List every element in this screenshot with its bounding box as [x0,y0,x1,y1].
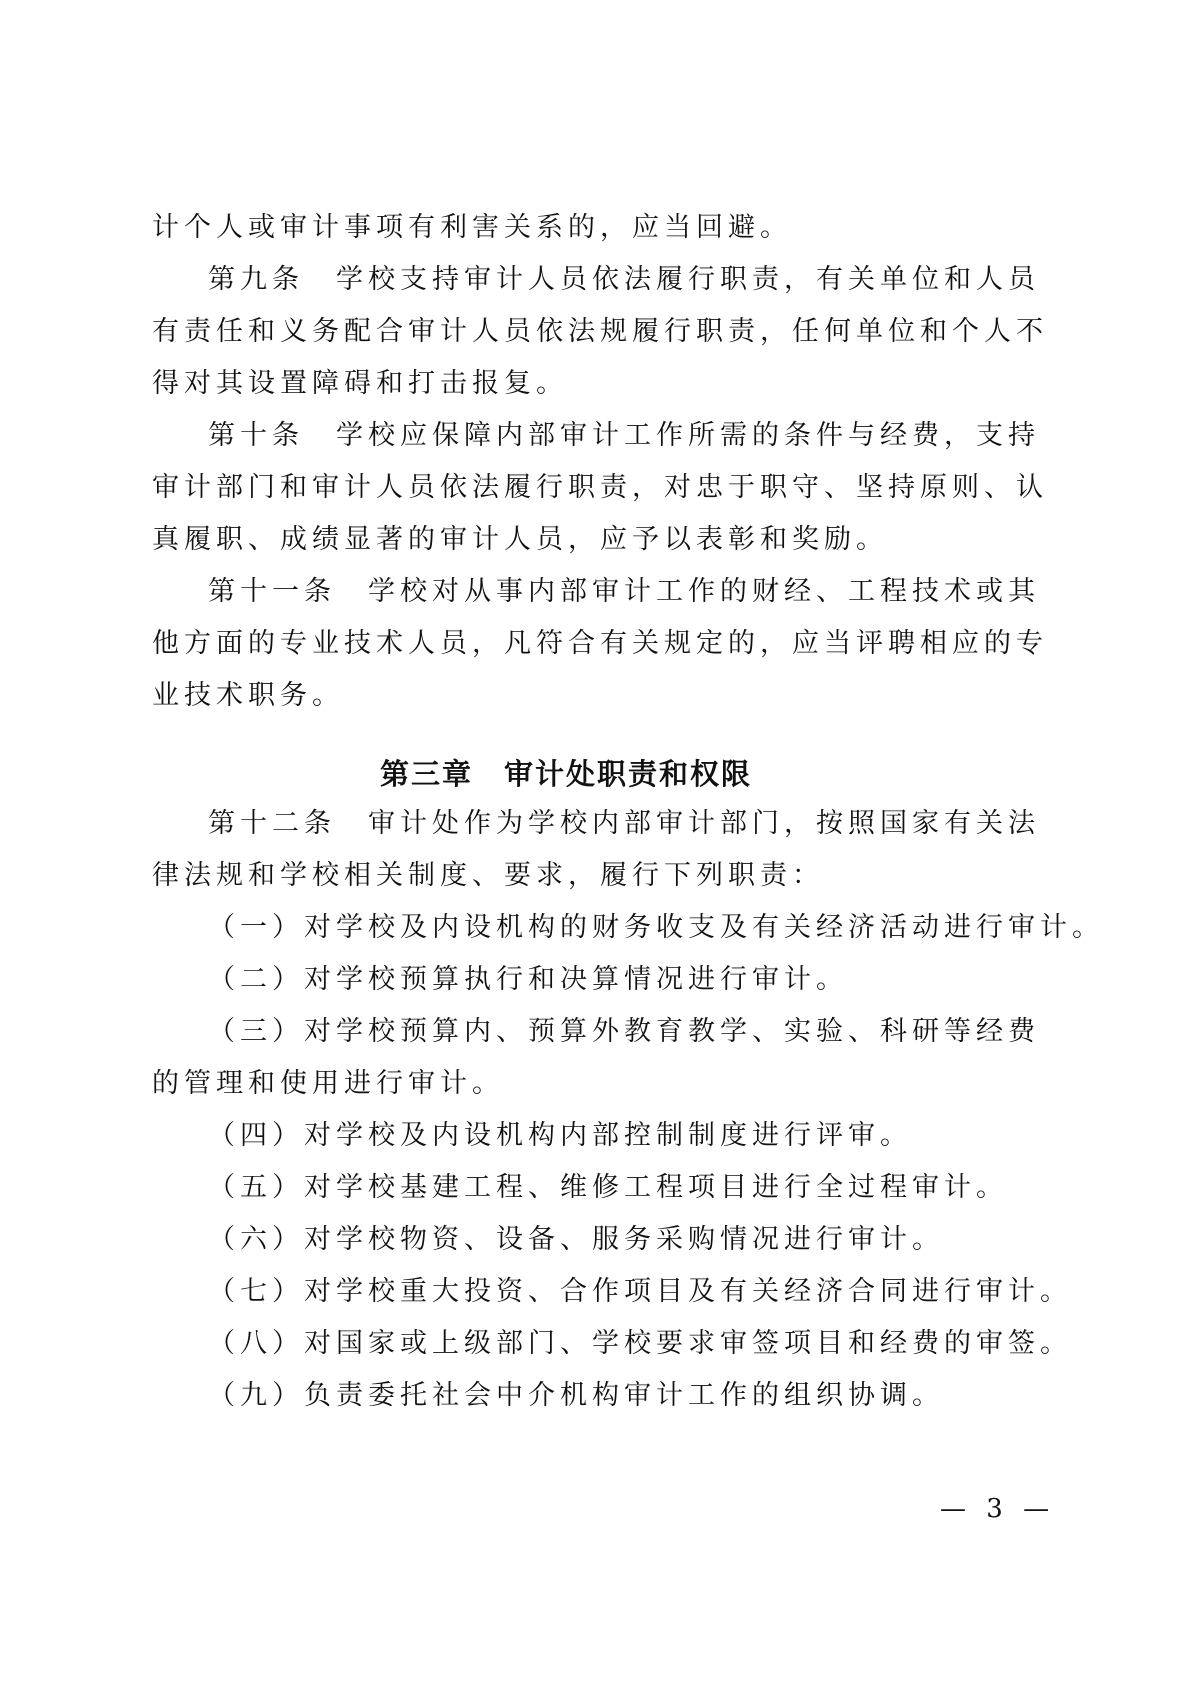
paragraph-line: 计个人或审计事项有利害关系的，应当回避。 [152,208,792,248]
chapter-heading: 第三章 审计处职责和权限 [380,752,752,793]
duty-item-8: （八）对国家或上级部门、学校要求审签项目和经费的审签。 [208,1324,1072,1364]
duty-item-2: （二）对学校预算执行和决算情况进行审计。 [208,960,848,1000]
article-12-line-1: 第十二条 审计处作为学校内部审计部门，按照国家有关法 [208,804,1040,844]
duty-item-5: （五）对学校基建工程、维修工程项目进行全过程审计。 [208,1168,1008,1208]
article-10-line-1: 第十条 学校应保障内部审计工作所需的条件与经费，支持 [208,416,1040,456]
article-10-line-2: 审计部门和审计人员依法履行职责，对忠于职守、坚持原则、认 [152,468,1048,508]
article-12-line-2: 律法规和学校相关制度、要求，履行下列职责： [152,856,824,896]
page-number: — 3 — [940,1494,1055,1524]
article-9-line-1: 第九条 学校支持审计人员依法履行职责，有关单位和人员 [208,260,1040,300]
duty-item-3-line-1: （三）对学校预算内、预算外教育教学、实验、科研等经费 [208,1012,1040,1052]
duty-item-1: （一）对学校及内设机构的财务收支及有关经济活动进行审计。 [208,908,1104,948]
article-11-line-1: 第十一条 学校对从事内部审计工作的财经、工程技术或其 [208,572,1040,612]
duty-item-6: （六）对学校物资、设备、服务采购情况进行审计。 [208,1220,944,1260]
article-11-line-2: 他方面的专业技术人员，凡符合有关规定的，应当评聘相应的专 [152,624,1048,664]
duty-item-4: （四）对学校及内设机构内部控制制度进行评审。 [208,1116,912,1156]
document-page: 计个人或审计事项有利害关系的，应当回避。 第九条 学校支持审计人员依法履行职责，… [0,0,1190,1684]
duty-item-9: （九）负责委托社会中介机构审计工作的组织协调。 [208,1376,944,1416]
article-9-line-3: 得对其设置障碍和打击报复。 [152,364,568,404]
article-9-line-2: 有责任和义务配合审计人员依法规履行职责，任何单位和个人不 [152,312,1048,352]
duty-item-3-line-2: 的管理和使用进行审计。 [152,1064,504,1104]
article-10-line-3: 真履职、成绩显著的审计人员，应予以表彰和奖励。 [152,520,888,560]
article-11-line-3: 业技术职务。 [152,676,344,716]
duty-item-7: （七）对学校重大投资、合作项目及有关经济合同进行审计。 [208,1272,1072,1312]
